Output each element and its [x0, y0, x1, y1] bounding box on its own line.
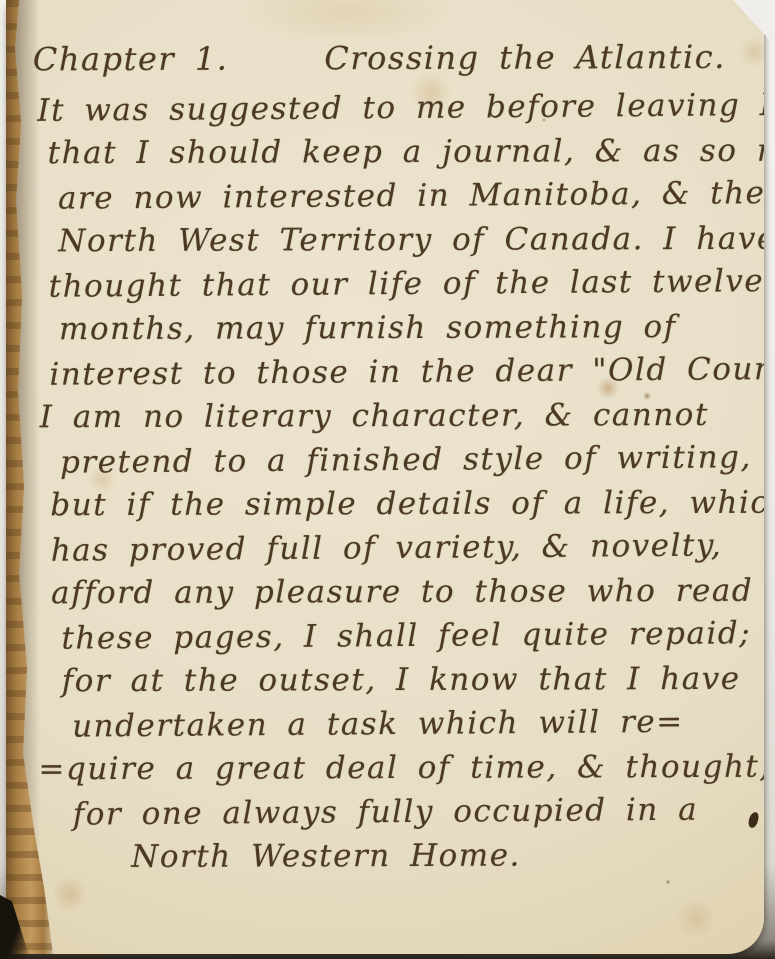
chapter-heading: Chapter 1. Crossing the Atlantic.	[33, 29, 761, 88]
manuscript-line: are now interested in Manitoba, & the	[34, 171, 762, 221]
manuscript-line: North Western Home.	[39, 833, 764, 880]
manuscript-line: for at the outset, I know that I have	[38, 657, 764, 704]
manuscript-line: months, may furnish something of	[35, 305, 763, 352]
manuscript-line: for one always fully occupied in a	[39, 787, 764, 837]
photo-backdrop: Chapter 1. Crossing the Atlantic. It was…	[0, 0, 775, 959]
manuscript-line: has proved full of variety, & novelty,	[37, 523, 764, 573]
manuscript-line: afford any pleasure to those who read	[37, 569, 764, 616]
chapter-title: Crossing the Atlantic.	[324, 29, 726, 86]
manuscript-line: that I should keep a journal, & as so ma…	[34, 129, 762, 176]
manuscript-line: interest to those in the dear "Old Count…	[35, 347, 763, 397]
manuscript-page: Chapter 1. Crossing the Atlantic. It was…	[6, 0, 764, 954]
manuscript-line: =quire a great deal of time, & thought,	[38, 745, 764, 792]
manuscript-line: pretend to a finished style of writing,	[36, 435, 764, 485]
manuscript-line: thought that our life of the last twelve	[35, 259, 763, 309]
manuscript-line: but if the simple details of a life, whi…	[36, 481, 764, 528]
chapter-label: Chapter 1.	[33, 31, 229, 88]
manuscript-line: North West Territory of Canada. I have	[34, 217, 762, 264]
manuscript-line: I am no literary character, & cannot	[36, 393, 764, 440]
manuscript-line: undertaken a task which will re=	[38, 699, 764, 749]
manuscript-line: these pages, I shall feel quite repaid;	[37, 611, 764, 661]
manuscript-line: It was suggested to me before leaving En…	[33, 83, 761, 133]
manuscript-text: Chapter 1. Crossing the Atlantic. It was…	[33, 27, 764, 881]
